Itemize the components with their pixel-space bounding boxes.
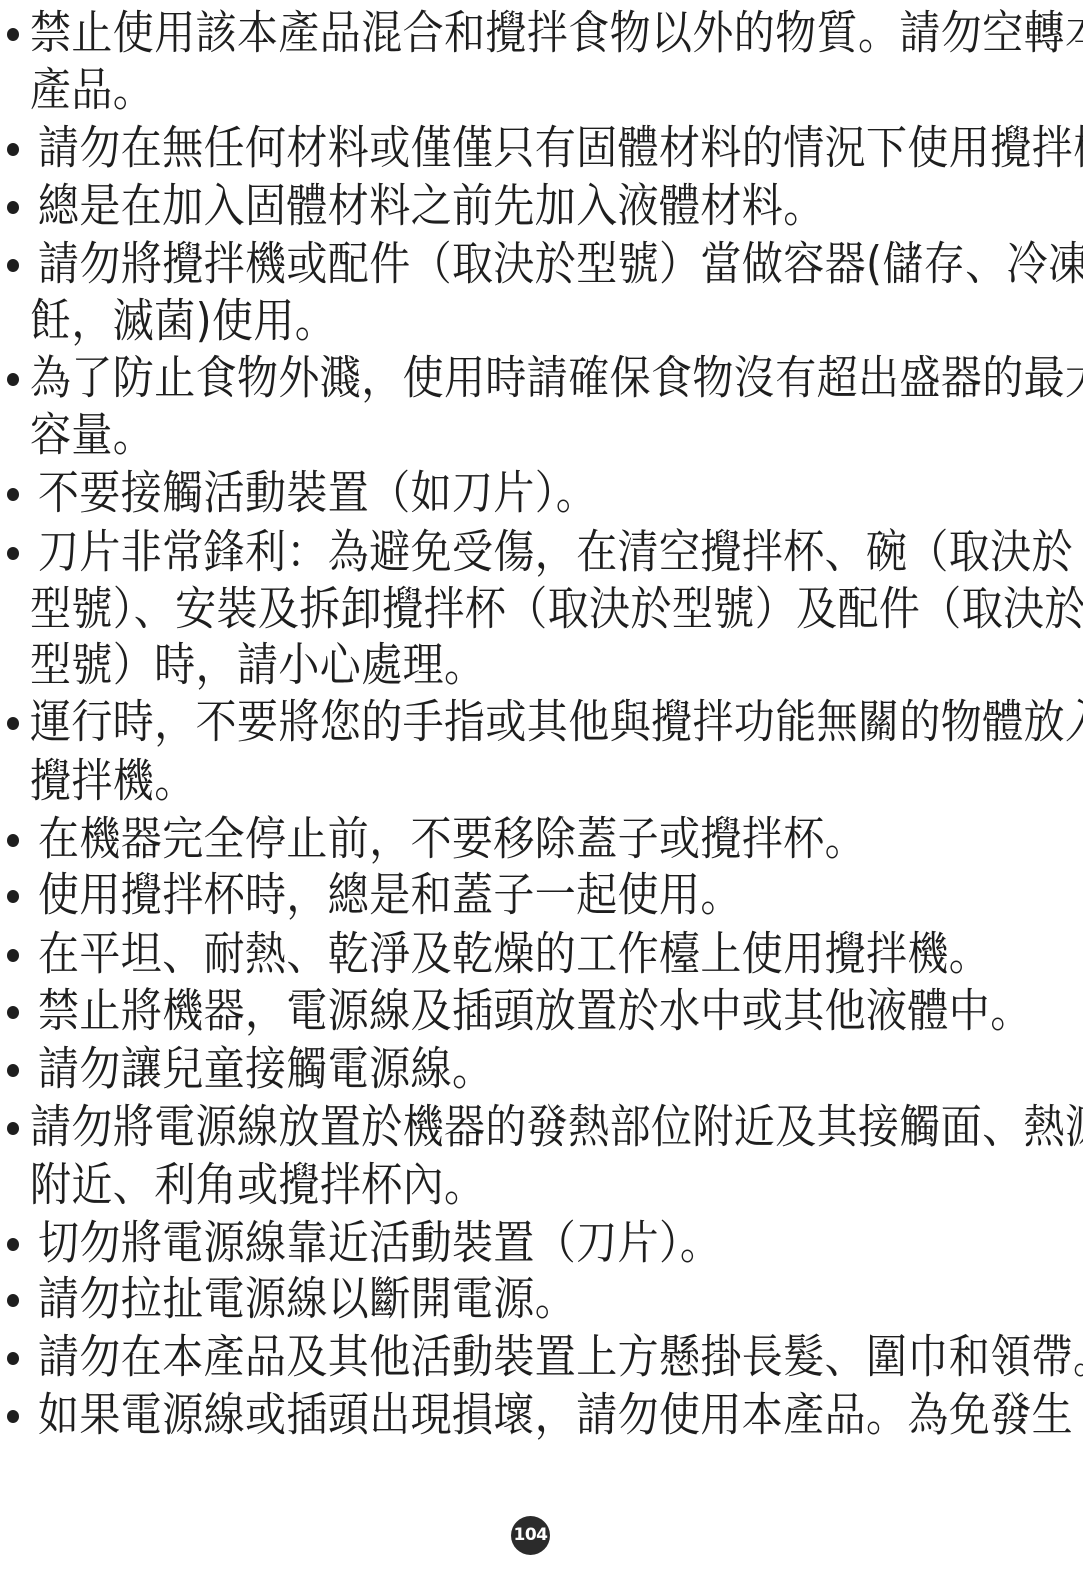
bullet-icon (7, 488, 19, 501)
bullet-icon (7, 1064, 19, 1077)
bullet-icon (7, 547, 19, 560)
bullet-item-line: 不要接觸活動裝置（如刀片）。 (0, 465, 1083, 522)
bullet-item-continuation: 型號）時，請小心處理。 (0, 637, 1083, 694)
bullet-item-line: 請勿在無任何材料或僅僅只有固體材料的情況下使用攪拌機。 (0, 120, 1083, 177)
item-text: 攪拌機。 (30, 750, 196, 814)
bullet-item-line: 為了防止食物外濺，使用時請確保食物沒有超出盛器的最大 (0, 350, 1083, 407)
bullet-item-line: 使用攪拌杯時，總是和蓋子一起使用。 (0, 867, 1083, 924)
bullet-item-line: 在平坦、耐熱、乾淨及乾燥的工作檯上使用攪拌機。 (0, 926, 1083, 983)
bullet-item-continuation: 飪，滅菌)使用。 (0, 293, 1083, 350)
bullet-icon (7, 717, 19, 730)
item-text: 切勿將電源線靠近活動裝置（刀片）。 (38, 1212, 721, 1276)
bullet-item-line: 如果電源線或插頭出現損壞，請勿使用本產品。為免發生 (0, 1387, 1083, 1444)
bullet-icon (7, 1352, 19, 1365)
bullet-icon (7, 1122, 19, 1135)
bullet-icon (7, 1006, 19, 1019)
bullet-item-line: 在機器完全停止前，不要移除蓋子或攪拌杯。 (0, 811, 1083, 868)
bullet-item-line: 請勿將電源線放置於機器的發熱部位附近及其接觸面、熱源 (0, 1099, 1083, 1156)
item-text: 使用攪拌杯時，總是和蓋子一起使用。 (38, 864, 742, 928)
item-text: 請勿在無任何材料或僅僅只有固體材料的情況下使用攪拌機。 (38, 117, 1083, 181)
bullet-icon (7, 373, 19, 386)
item-text: 容量。 (30, 404, 154, 468)
bullet-icon (7, 28, 19, 41)
bullet-icon (7, 890, 19, 903)
item-text: 不要接觸活動裝置（如刀片）。 (38, 462, 597, 526)
bullet-item-line: 禁止使用該本產品混合和攪拌食物以外的物質。請勿空轉本 (0, 5, 1083, 62)
item-text: 飪，滅菌)使用。 (30, 290, 336, 354)
bullet-icon (7, 1238, 19, 1251)
bullet-item-line: 切勿將電源線靠近活動裝置（刀片）。 (0, 1215, 1083, 1272)
bullet-item-line: 禁止將機器，電源線及插頭放置於水中或其他液體中。 (0, 983, 1083, 1040)
item-text: 請勿將攪拌機或配件（取決於型號）當做容器(儲存、冷凍，烹 (38, 233, 1083, 297)
item-text: 型號）時，請小心處理。 (30, 634, 485, 698)
bullet-item-line: 請勿在本產品及其他活動裝置上方懸掛長髮、圍巾和領帶。 (0, 1329, 1083, 1386)
bullet-icon (7, 1294, 19, 1307)
item-text: 在平坦、耐熱、乾淨及乾燥的工作檯上使用攪拌機。 (38, 923, 990, 987)
item-text: 總是在加入固體材料之前先加入液體材料。 (38, 175, 825, 239)
bullet-icon (7, 143, 19, 156)
item-text: 運行時，不要將您的手指或其他與攪拌功能無關的物體放入 (30, 691, 1083, 755)
bullet-icon (7, 201, 19, 214)
item-text: 為了防止食物外濺，使用時請確保食物沒有超出盛器的最大 (30, 347, 1083, 411)
item-text: 在機器完全停止前，不要移除蓋子或攪拌杯。 (38, 808, 866, 872)
bullet-icon (7, 949, 19, 962)
item-text: 如果電源線或插頭出現損壞，請勿使用本產品。為免發生 (38, 1384, 1073, 1448)
item-text: 附近、利角或攪拌杯內。 (30, 1154, 485, 1218)
page-number-badge: 104 (511, 1516, 550, 1555)
bullet-item-continuation: 攪拌機。 (0, 753, 1083, 810)
item-text: 型號）、安裝及拆卸攪拌杯（取決於型號）及配件（取決於 (30, 578, 1083, 642)
bullet-item-continuation: 附近、利角或攪拌杯內。 (0, 1157, 1083, 1214)
bullet-icon (7, 1410, 19, 1423)
item-text: 請勿將電源線放置於機器的發熱部位附近及其接觸面、熱源 (30, 1096, 1083, 1160)
item-text: 請勿拉扯電源線以斷開電源。 (38, 1268, 576, 1332)
item-text: 刀片非常鋒利：為避免受傷，在清空攪拌杯、碗（取決於 (38, 521, 1073, 585)
item-text: 禁止使用該本產品混合和攪拌食物以外的物質。請勿空轉本 (30, 2, 1083, 66)
bullet-item-line: 運行時，不要將您的手指或其他與攪拌功能無關的物體放入 (0, 694, 1083, 751)
bullet-item-continuation: 型號）、安裝及拆卸攪拌杯（取決於型號）及配件（取決於 (0, 581, 1083, 638)
bullet-icon (7, 834, 19, 847)
bullet-item-line: 請勿將攪拌機或配件（取決於型號）當做容器(儲存、冷凍，烹 (0, 236, 1083, 293)
bullet-item-continuation: 容量。 (0, 407, 1083, 464)
bullet-item-line: 請勿拉扯電源線以斷開電源。 (0, 1271, 1083, 1328)
bullet-item-line: 請勿讓兒童接觸電源線。 (0, 1041, 1083, 1098)
bullet-item-line: 刀片非常鋒利：為避免受傷，在清空攪拌杯、碗（取決於 (0, 524, 1083, 581)
item-text: 請勿讓兒童接觸電源線。 (38, 1038, 493, 1102)
manual-page: 禁止使用該本產品混合和攪拌食物以外的物質。請勿空轉本 產品。 請勿在無任何材料或… (0, 0, 1083, 1588)
item-text: 禁止將機器，電源線及插頭放置於水中或其他液體中。 (38, 980, 1032, 1044)
bullet-icon (7, 259, 19, 272)
bullet-item-continuation: 產品。 (0, 62, 1083, 119)
bullet-item-line: 總是在加入固體材料之前先加入液體材料。 (0, 178, 1083, 235)
item-text: 請勿在本產品及其他活動裝置上方懸掛長髮、圍巾和領帶。 (38, 1326, 1083, 1390)
item-text: 產品。 (30, 59, 154, 123)
